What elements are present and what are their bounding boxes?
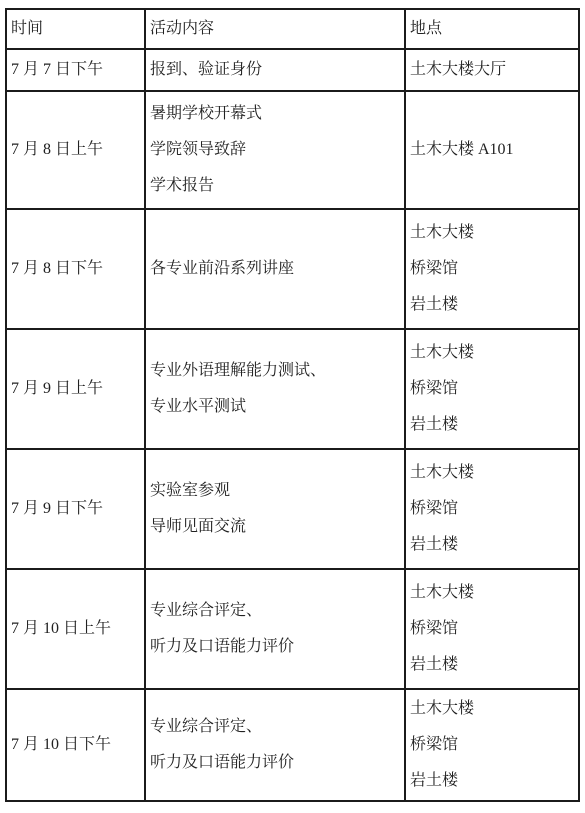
location-cell: 土木大楼 桥梁馆 岩土楼 bbox=[405, 449, 579, 569]
activity-line: 各专业前沿系列讲座 bbox=[150, 251, 400, 287]
activity-line: 暑期学校开幕式 bbox=[150, 96, 400, 132]
header-label-location: 地点 bbox=[410, 11, 574, 47]
location-line: 岩土楼 bbox=[410, 407, 574, 443]
activity-line: 报到、验证身份 bbox=[150, 52, 400, 88]
location-line: 土木大楼 bbox=[410, 575, 574, 611]
activity-line: 实验室参观 bbox=[150, 473, 400, 509]
time-cell: 7 月 9 日下午 bbox=[6, 449, 145, 569]
location-cell: 土木大楼 桥梁馆 岩土楼 bbox=[405, 329, 579, 449]
location-line: 土木大楼 bbox=[410, 215, 574, 251]
activity-line: 听力及口语能力评价 bbox=[150, 745, 400, 781]
header-row: 时间 活动内容 地点 bbox=[6, 9, 579, 49]
location-line: 土木大楼大厅 bbox=[410, 52, 574, 88]
location-cell: 土木大楼大厅 bbox=[405, 49, 579, 91]
time-cell: 7 月 8 日上午 bbox=[6, 91, 145, 209]
location-cell: 土木大楼 桥梁馆 岩土楼 bbox=[405, 689, 579, 801]
activity-line: 听力及口语能力评价 bbox=[150, 629, 400, 665]
activity-line: 导师见面交流 bbox=[150, 509, 400, 545]
time-text: 7 月 7 日下午 bbox=[11, 52, 140, 88]
activity-line: 专业综合评定、 bbox=[150, 709, 400, 745]
activity-cell: 报到、验证身份 bbox=[145, 49, 405, 91]
location-cell: 土木大楼 A101 bbox=[405, 91, 579, 209]
activity-cell: 暑期学校开幕式 学院领导致辞 学术报告 bbox=[145, 91, 405, 209]
activity-cell: 专业综合评定、 听力及口语能力评价 bbox=[145, 689, 405, 801]
time-text: 7 月 8 日下午 bbox=[11, 251, 140, 287]
location-line: 桥梁馆 bbox=[410, 727, 574, 763]
location-cell: 土木大楼 桥梁馆 岩土楼 bbox=[405, 209, 579, 329]
header-label-time: 时间 bbox=[11, 11, 140, 47]
header-cell-activity: 活动内容 bbox=[145, 9, 405, 49]
location-line: 土木大楼 bbox=[410, 691, 574, 727]
location-line: 土木大楼 A101 bbox=[410, 132, 574, 168]
activity-line: 专业综合评定、 bbox=[150, 593, 400, 629]
location-line: 土木大楼 bbox=[410, 455, 574, 491]
table-row: 7 月 7 日下午 报到、验证身份 土木大楼大厅 bbox=[6, 49, 579, 91]
activity-line: 专业外语理解能力测试、 bbox=[150, 353, 400, 389]
activity-line: 专业水平测试 bbox=[150, 389, 400, 425]
table-row: 7 月 8 日下午 各专业前沿系列讲座 土木大楼 桥梁馆 岩土楼 bbox=[6, 209, 579, 329]
schedule-table: 时间 活动内容 地点 7 月 7 日下午 报到、验证身份 土木大楼大厅 7 月 … bbox=[5, 8, 580, 802]
location-line: 土木大楼 bbox=[410, 335, 574, 371]
activity-line: 学术报告 bbox=[150, 168, 400, 204]
time-text: 7 月 8 日上午 bbox=[11, 132, 140, 168]
location-line: 岩土楼 bbox=[410, 287, 574, 323]
header-cell-time: 时间 bbox=[6, 9, 145, 49]
time-text: 7 月 10 日下午 bbox=[11, 727, 140, 763]
location-line: 桥梁馆 bbox=[410, 611, 574, 647]
activity-cell: 专业外语理解能力测试、 专业水平测试 bbox=[145, 329, 405, 449]
location-line: 岩土楼 bbox=[410, 527, 574, 563]
activity-line: 学院领导致辞 bbox=[150, 132, 400, 168]
location-line: 岩土楼 bbox=[410, 647, 574, 683]
time-cell: 7 月 10 日下午 bbox=[6, 689, 145, 801]
time-cell: 7 月 9 日上午 bbox=[6, 329, 145, 449]
time-cell: 7 月 7 日下午 bbox=[6, 49, 145, 91]
table-row: 7 月 9 日上午 专业外语理解能力测试、 专业水平测试 土木大楼 桥梁馆 岩土… bbox=[6, 329, 579, 449]
table-row: 7 月 8 日上午 暑期学校开幕式 学院领导致辞 学术报告 土木大楼 A101 bbox=[6, 91, 579, 209]
header-label-activity: 活动内容 bbox=[150, 11, 400, 47]
location-line: 桥梁馆 bbox=[410, 251, 574, 287]
time-text: 7 月 10 日上午 bbox=[11, 611, 140, 647]
location-cell: 土木大楼 桥梁馆 岩土楼 bbox=[405, 569, 579, 689]
location-line: 岩土楼 bbox=[410, 763, 574, 799]
time-text: 7 月 9 日下午 bbox=[11, 491, 140, 527]
time-text: 7 月 9 日上午 bbox=[11, 371, 140, 407]
time-cell: 7 月 8 日下午 bbox=[6, 209, 145, 329]
location-line: 桥梁馆 bbox=[410, 371, 574, 407]
table-row: 7 月 9 日下午 实验室参观 导师见面交流 土木大楼 桥梁馆 岩土楼 bbox=[6, 449, 579, 569]
time-cell: 7 月 10 日上午 bbox=[6, 569, 145, 689]
table-row: 7 月 10 日上午 专业综合评定、 听力及口语能力评价 土木大楼 桥梁馆 岩土… bbox=[6, 569, 579, 689]
activity-cell: 专业综合评定、 听力及口语能力评价 bbox=[145, 569, 405, 689]
activity-cell: 实验室参观 导师见面交流 bbox=[145, 449, 405, 569]
location-line: 桥梁馆 bbox=[410, 491, 574, 527]
header-cell-location: 地点 bbox=[405, 9, 579, 49]
activity-cell: 各专业前沿系列讲座 bbox=[145, 209, 405, 329]
table-row: 7 月 10 日下午 专业综合评定、 听力及口语能力评价 土木大楼 桥梁馆 岩土… bbox=[6, 689, 579, 801]
